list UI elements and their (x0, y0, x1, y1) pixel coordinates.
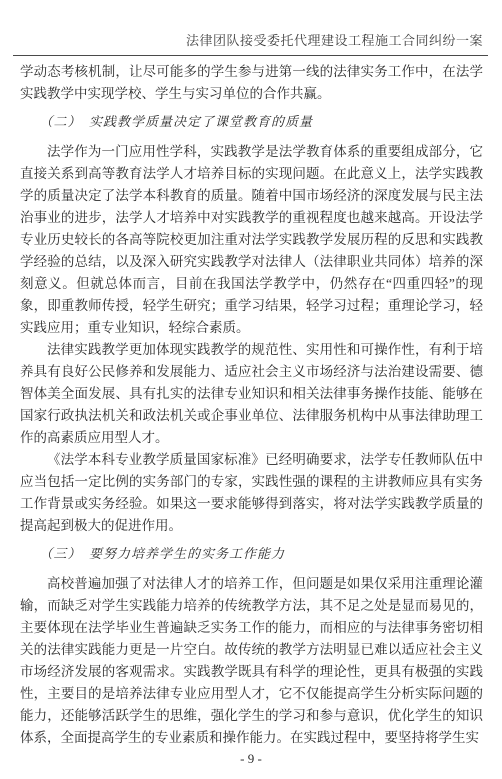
section-heading-2: （二） 实践教学质量决定了课堂教育的质量 (20, 111, 483, 133)
document-page: 法律团队接受委托代理建设工程施工合同纠纷一案 学动态考核机制，让尽可能多的学生参… (0, 0, 502, 779)
page-number: - 9 - (240, 751, 262, 766)
section-heading-3: （三） 要努力培养学生的实务工作能力 (20, 543, 483, 565)
paragraph: 高校普遍加强了对法律人才的培养工作，但问题是如果仅采用注重理论灌输，而缺乏对学生… (20, 573, 483, 749)
paragraph: 法学作为一门应用性学科，实践教学是法学教育体系的重要组成部分，它直接关系到高等教… (20, 141, 483, 339)
paragraph: 法律实践教学更加体现实践教学的规范性、实用性和可操作性，有利于培养具有良好公民修… (20, 339, 483, 449)
page-body: 学动态考核机制，让尽可能多的学生参与进第一线的法律实务工作中，在法学实践教学中实… (20, 61, 483, 749)
page-footer: - 9 - (0, 751, 502, 767)
running-title: 法律团队接受委托代理建设工程施工合同纠纷一案 (20, 33, 483, 48)
header-rule (13, 55, 488, 56)
paragraph-continuation: 学动态考核机制，让尽可能多的学生参与进第一线的法律实务工作中，在法学实践教学中实… (20, 61, 483, 105)
page-header: 法律团队接受委托代理建设工程施工合同纠纷一案 (20, 33, 483, 56)
paragraph: 《法学本科专业教学质量国家标准》已经明确要求，法学专任教师队伍中应当包括一定比例… (20, 449, 483, 537)
